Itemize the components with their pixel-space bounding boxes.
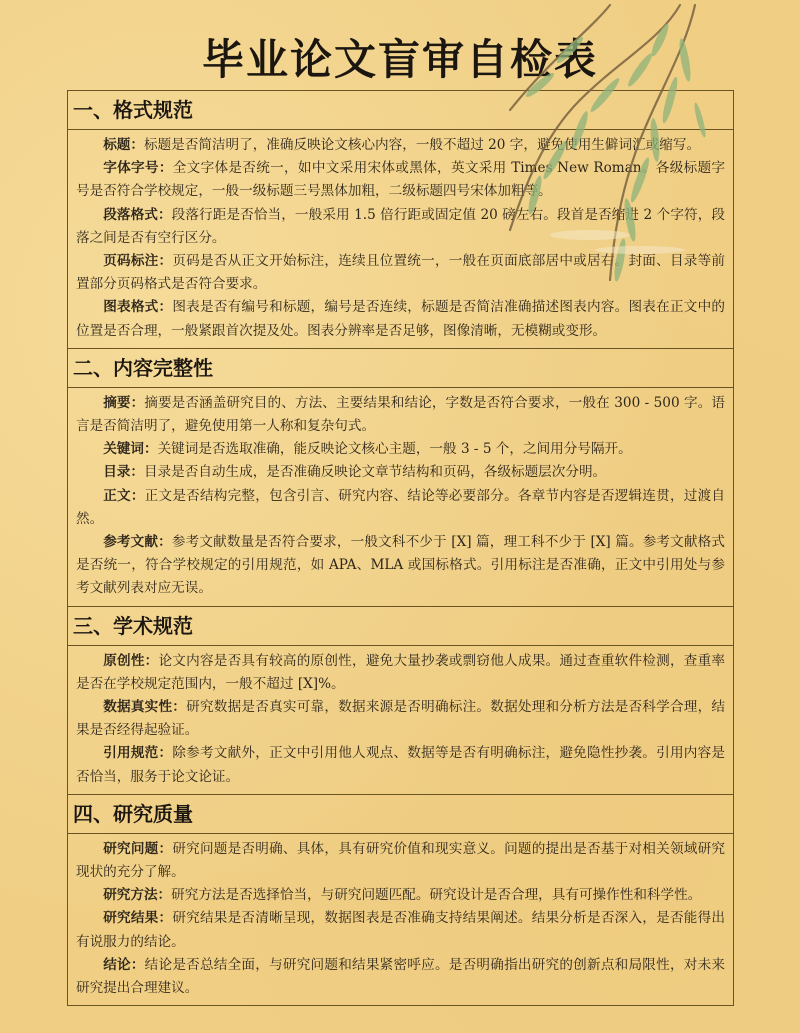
item-label: 标题：: [103, 137, 144, 153]
item-text: 关键词是否选取准确，能反映论文核心主题，一般 3 - 5 个，之间用分号隔开。: [158, 441, 632, 457]
item-label: 数据真实性：: [103, 699, 186, 715]
checklist-item: 字体字号：全文字体是否统一，如中文采用宋体或黑体，英文采用 Times New …: [76, 157, 725, 203]
item-text: 摘要是否涵盖研究目的、方法、主要结果和结论，字数是否符合要求，一般在 300 -…: [76, 395, 725, 434]
item-text: 研究结果是否清晰呈现，数据图表是否准确支持结果阐述。结果分析是否深入，是否能得出…: [76, 910, 725, 949]
item-text: 全文字体是否统一，如中文采用宋体或黑体，英文采用 Times New Roman…: [76, 160, 725, 199]
checklist-item: 研究结果：研究结果是否清晰呈现，数据图表是否准确支持结果阐述。结果分析是否深入，…: [76, 907, 725, 953]
item-text: 正文是否结构完整，包含引言、研究内容、结论等必要部分。各章节内容是否逻辑连贯，过…: [76, 488, 725, 527]
checklist-item: 正文：正文是否结构完整，包含引言、研究内容、结论等必要部分。各章节内容是否逻辑连…: [76, 485, 725, 531]
item-label: 引用规范：: [103, 745, 172, 761]
checklist-item: 研究问题：研究问题是否明确、具体，具有研究价值和现实意义。问题的提出是否基于对相…: [76, 838, 725, 884]
checklist-item: 数据真实性：研究数据是否真实可靠，数据来源是否明确标注。数据处理和分析方法是否科…: [76, 696, 725, 742]
item-label: 研究方法：: [103, 887, 171, 903]
section-body-academic: 原创性：论文内容是否具有较高的原创性，避免大量抄袭或剽窃他人成果。通过查重软件检…: [68, 646, 733, 795]
item-label: 研究结果：: [103, 910, 172, 926]
item-label: 研究问题：: [103, 841, 172, 857]
item-text: 目录是否自动生成，是否准确反映论文章节结构和页码，各级标题层次分明。: [144, 464, 606, 480]
checklist-item: 标题：标题是否简洁明了，准确反映论文核心内容，一般不超过 20 字，避免使用生僻…: [76, 134, 725, 157]
item-label: 摘要：: [103, 395, 144, 411]
section-heading-content: 二、内容完整性: [68, 349, 733, 388]
item-text: 论文内容是否具有较高的原创性，避免大量抄袭或剽窃他人成果。通过查重软件检测，查重…: [76, 653, 725, 692]
checklist-item: 关键词：关键词是否选取准确，能反映论文核心主题，一般 3 - 5 个，之间用分号…: [76, 438, 725, 461]
item-label: 字体字号：: [103, 160, 173, 176]
section-heading-format: 一、格式规范: [68, 91, 733, 130]
item-label: 页码标注：: [103, 253, 172, 269]
section-heading-academic: 三、学术规范: [68, 607, 733, 646]
checklist-item: 研究方法：研究方法是否选择恰当，与研究问题匹配。研究设计是否合理，具有可操作性和…: [76, 884, 725, 907]
item-text: 页码是否从正文开始标注，连续且位置统一，一般在页面底部居中或居右。封面、目录等前…: [76, 253, 725, 292]
item-text: 段落行距是否恰当，一般采用 1.5 倍行距或固定值 20 磅左右。段首是否缩进 …: [76, 207, 725, 246]
item-label: 原创性：: [103, 653, 158, 669]
item-text: 研究问题是否明确、具体，具有研究价值和现实意义。问题的提出是否基于对相关领域研究…: [76, 841, 725, 880]
section-heading-research: 四、研究质量: [68, 795, 733, 834]
checklist-item: 参考文献：参考文献数量是否符合要求，一般文科不少于 [X] 篇，理工科不少于 […: [76, 531, 725, 601]
item-text: 结论是否总结全面，与研究问题和结果紧密呼应。是否明确指出研究的创新点和局限性，对…: [76, 957, 725, 996]
item-label: 段落格式：: [103, 207, 171, 223]
checklist-item: 页码标注：页码是否从正文开始标注，连续且位置统一，一般在页面底部居中或居右。封面…: [76, 250, 725, 296]
checklist-item: 原创性：论文内容是否具有较高的原创性，避免大量抄袭或剽窃他人成果。通过查重软件检…: [76, 650, 725, 696]
checklist-item: 摘要：摘要是否涵盖研究目的、方法、主要结果和结论，字数是否符合要求，一般在 30…: [76, 392, 725, 438]
checklist-item: 图表格式：图表是否有编号和标题，编号是否连续，标题是否简洁准确描述图表内容。图表…: [76, 296, 725, 342]
item-label: 关键词：: [103, 441, 157, 457]
item-label: 正文：: [103, 488, 144, 504]
item-text: 除参考文献外，正文中引用他人观点、数据等是否有明确标注，避免隐性抄袭。引用内容是…: [76, 745, 725, 784]
page-title: 毕业论文盲审自检表: [0, 32, 800, 88]
section-body-content: 摘要：摘要是否涵盖研究目的、方法、主要结果和结论，字数是否符合要求，一般在 30…: [68, 388, 733, 607]
item-text: 图表是否有编号和标题，编号是否连续，标题是否简洁准确描述图表内容。图表在正文中的…: [76, 299, 725, 338]
item-text: 标题是否简洁明了，准确反映论文核心内容，一般不超过 20 字，避免使用生僻词汇或…: [144, 137, 700, 153]
item-label: 结论：: [103, 957, 144, 973]
section-body-format: 标题：标题是否简洁明了，准确反映论文核心内容，一般不超过 20 字，避免使用生僻…: [68, 130, 733, 349]
section-body-research: 研究问题：研究问题是否明确、具体，具有研究价值和现实意义。问题的提出是否基于对相…: [68, 834, 733, 1005]
checklist-item: 引用规范：除参考文献外，正文中引用他人观点、数据等是否有明确标注，避免隐性抄袭。…: [76, 742, 725, 788]
item-label: 参考文献：: [103, 534, 172, 550]
item-label: 目录：: [103, 464, 144, 480]
checklist-table: 一、格式规范 标题：标题是否简洁明了，准确反映论文核心内容，一般不超过 20 字…: [67, 90, 734, 1006]
item-text: 研究方法是否选择恰当，与研究问题匹配。研究设计是否合理，具有可操作性和科学性。: [171, 887, 701, 903]
checklist-item: 目录：目录是否自动生成，是否准确反映论文章节结构和页码，各级标题层次分明。: [76, 461, 725, 484]
checklist-item: 段落格式：段落行距是否恰当，一般采用 1.5 倍行距或固定值 20 磅左右。段首…: [76, 204, 725, 250]
item-label: 图表格式：: [103, 299, 172, 315]
item-text: 参考文献数量是否符合要求，一般文科不少于 [X] 篇，理工科不少于 [X] 篇。…: [76, 534, 725, 596]
checklist-item: 结论：结论是否总结全面，与研究问题和结果紧密呼应。是否明确指出研究的创新点和局限…: [76, 954, 725, 1000]
